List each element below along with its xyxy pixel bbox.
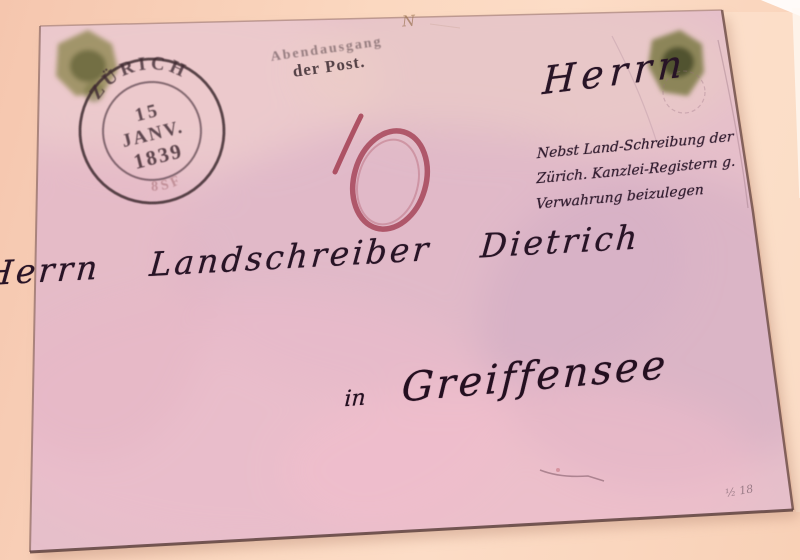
destination-prefix: in — [344, 385, 366, 412]
photo-of-postal-cover: ZÜRICH 15 JANV. 1839 8 S F ½ 18 N — [0, 0, 800, 560]
pencil-note-top: N — [401, 12, 415, 31]
